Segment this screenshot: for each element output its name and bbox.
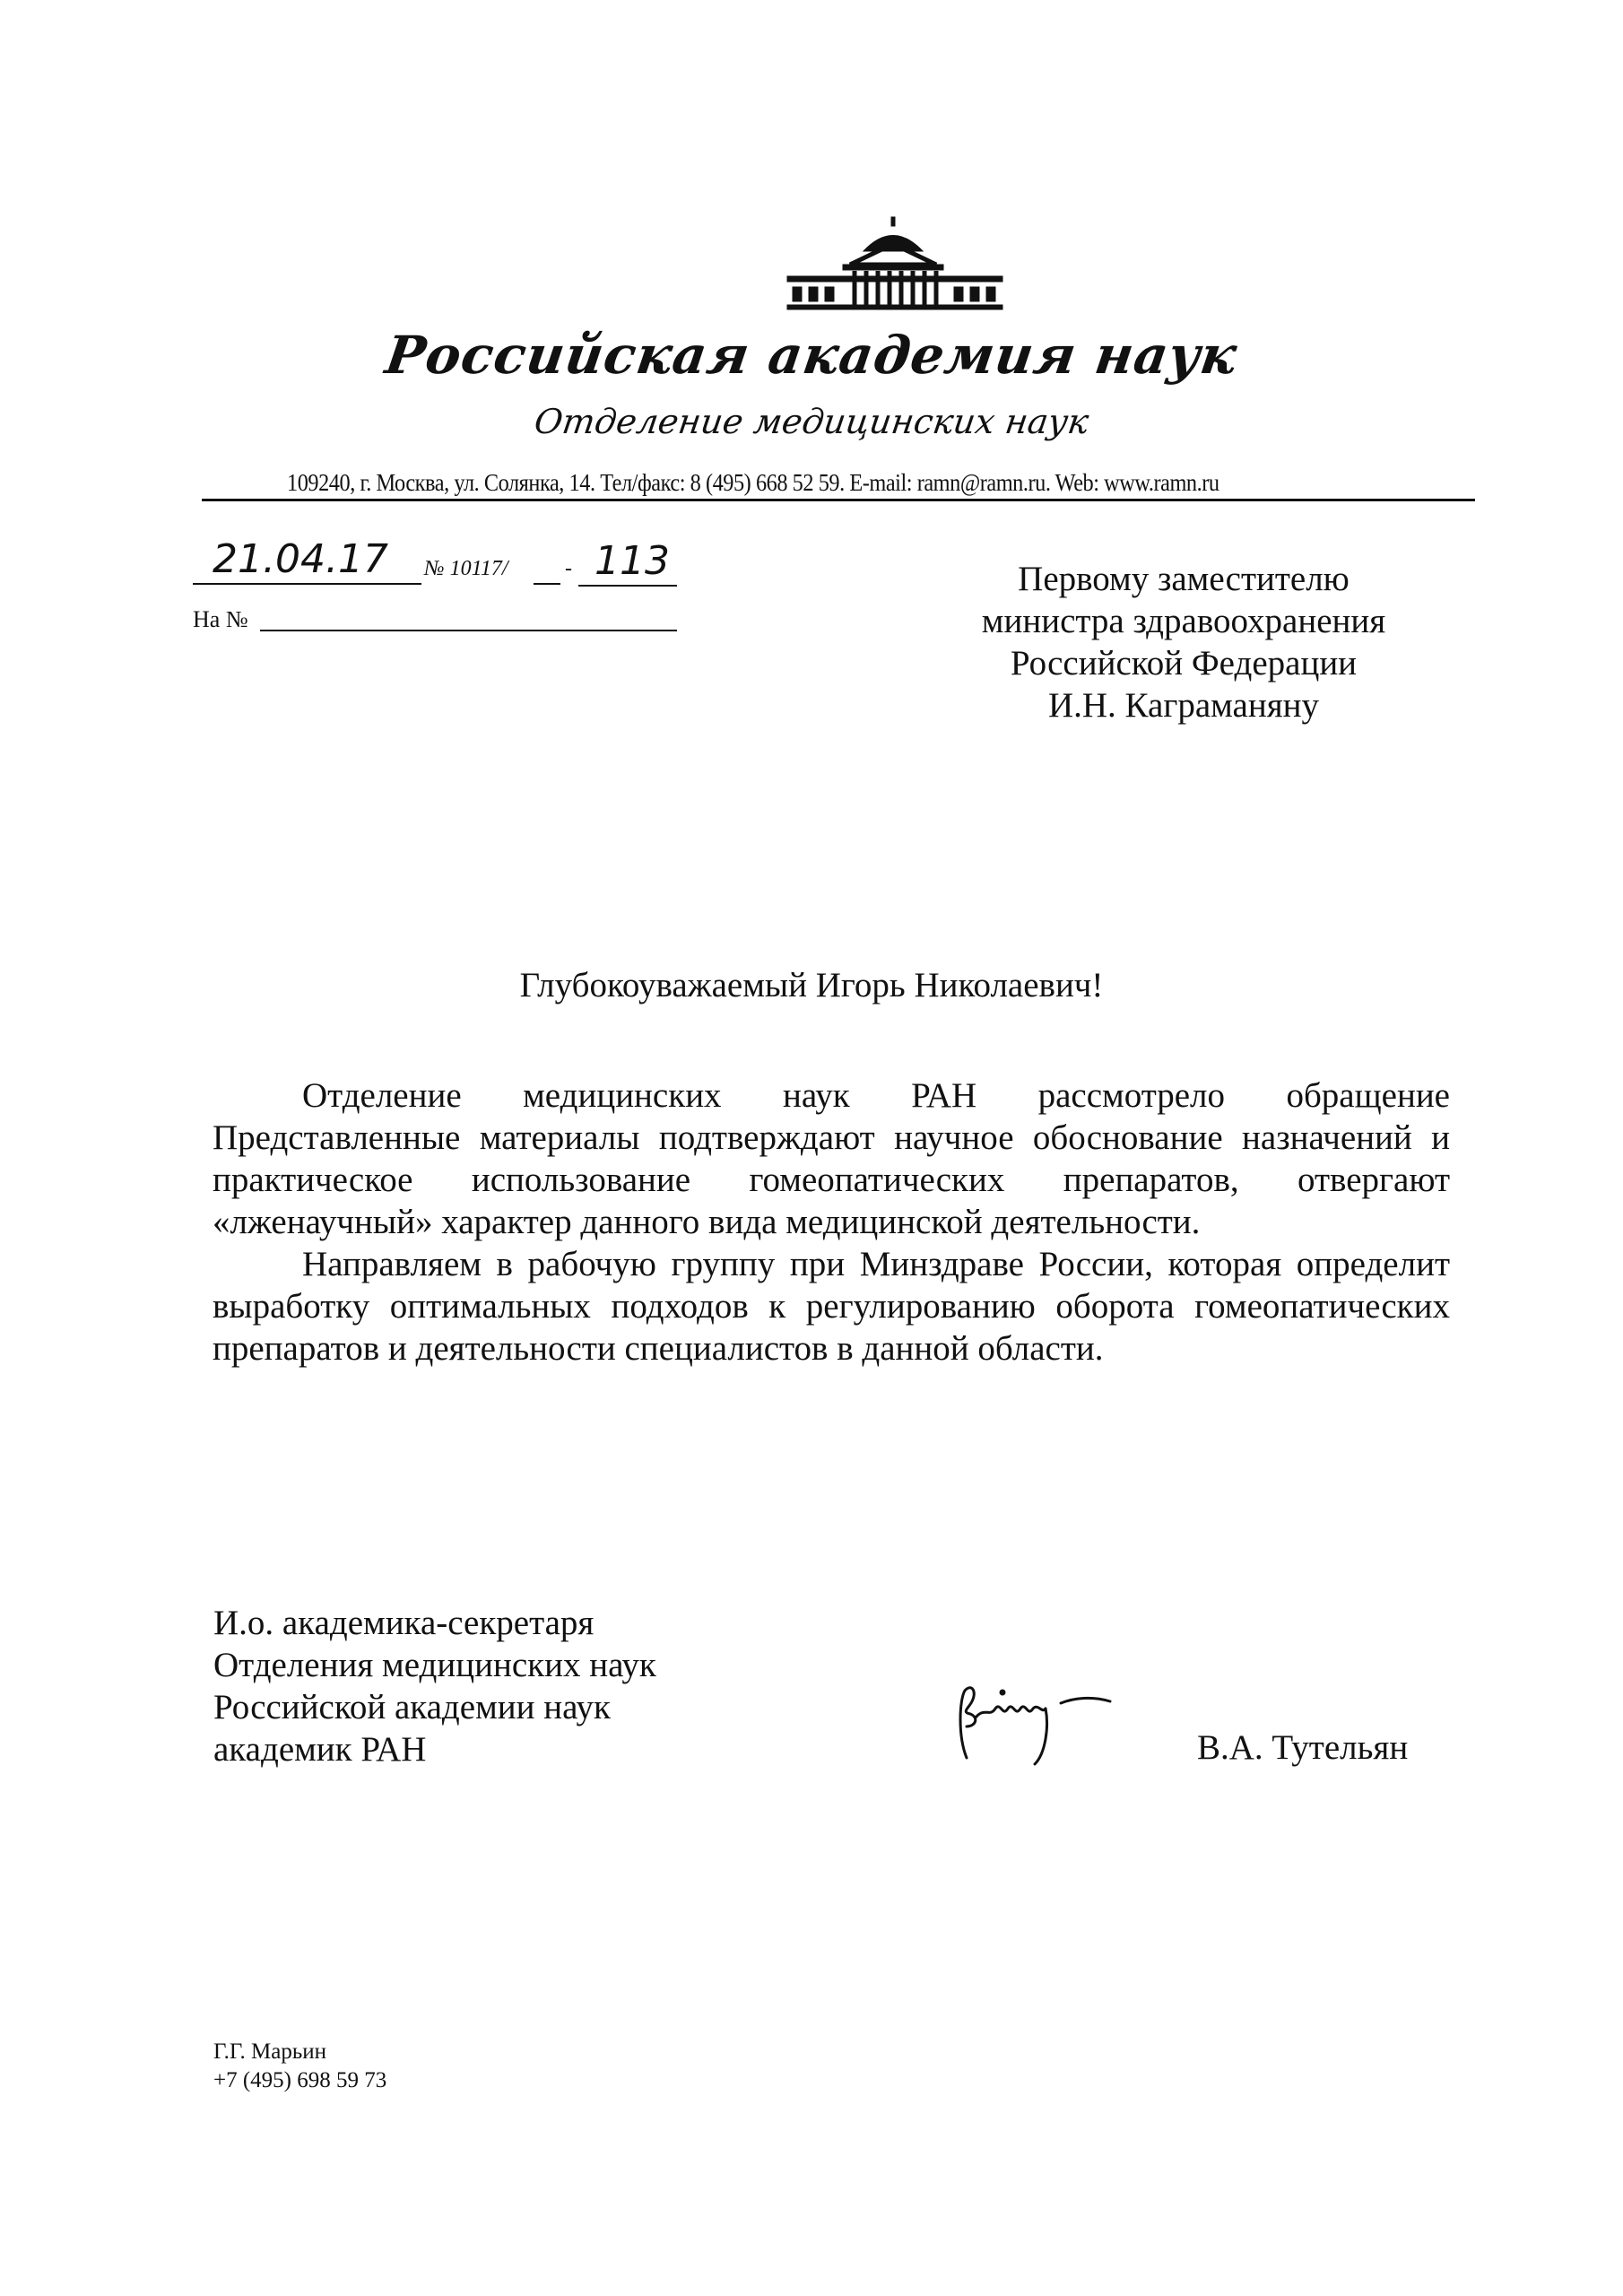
registration-dash: - bbox=[565, 557, 572, 581]
building-emblem-icon bbox=[778, 215, 1011, 314]
signer-title-line: И.о. академика-секретаря bbox=[213, 1602, 656, 1644]
signer-title-block: И.о. академика-секретаря Отделения медиц… bbox=[213, 1602, 656, 1770]
org-subtitle: Отделение медицинских наук bbox=[0, 402, 1623, 441]
letter-body: Отделение медицинских наук РАН рассмотре… bbox=[213, 1074, 1450, 1370]
addressee-line: министра здравоохранения bbox=[933, 600, 1435, 642]
body-paragraph: Отделение медицинских наук РАН рассмотре… bbox=[213, 1074, 1450, 1117]
registration-row: 21.04.17 № 10117/ - 113 bbox=[193, 538, 677, 592]
body-paragraph: Представленные материалы подтверждают на… bbox=[213, 1117, 1450, 1243]
executor-name: Г.Г. Марьин bbox=[213, 2038, 386, 2066]
signer-title-line: Российской академии наук bbox=[213, 1686, 656, 1728]
reference-label: На № bbox=[193, 606, 248, 633]
registration-blank-line bbox=[534, 582, 560, 585]
salutation: Глубокоуважаемый Игорь Николаевич! bbox=[0, 965, 1623, 1005]
executor-block: Г.Г. Марьин +7 (495) 698 59 73 bbox=[213, 2038, 386, 2095]
addressee-block: Первому заместителю министра здравоохран… bbox=[933, 558, 1435, 726]
handwritten-signature-icon bbox=[949, 1682, 1137, 1771]
reference-blank-line bbox=[260, 630, 677, 631]
executor-phone: +7 (495) 698 59 73 bbox=[213, 2066, 386, 2095]
addressee-line: Первому заместителю bbox=[933, 558, 1435, 600]
address-text: 109240, г. Москва, ул. Солянка, 14. Тел/… bbox=[287, 469, 1219, 497]
signer-name: В.А. Тутельян bbox=[1197, 1727, 1408, 1768]
addressee-line: И.Н. Каграманяну bbox=[933, 684, 1435, 726]
handwritten-date: 21.04.17 bbox=[193, 536, 421, 585]
body-paragraph: Направляем в рабочую группу при Минздрав… bbox=[213, 1243, 1450, 1370]
signer-title-line: академик РАН bbox=[213, 1728, 656, 1770]
registration-number-label: № 10117/ bbox=[424, 557, 508, 581]
reference-row: На № bbox=[193, 601, 677, 637]
handwritten-number: 113 bbox=[578, 538, 677, 587]
signer-title-line: Отделения медицинских наук bbox=[213, 1644, 656, 1686]
addressee-line: Российской Федерации bbox=[933, 642, 1435, 684]
org-title: Российская академия наук bbox=[0, 325, 1623, 386]
address-line: 109240, г. Москва, ул. Солянка, 14. Тел/… bbox=[202, 459, 1475, 501]
